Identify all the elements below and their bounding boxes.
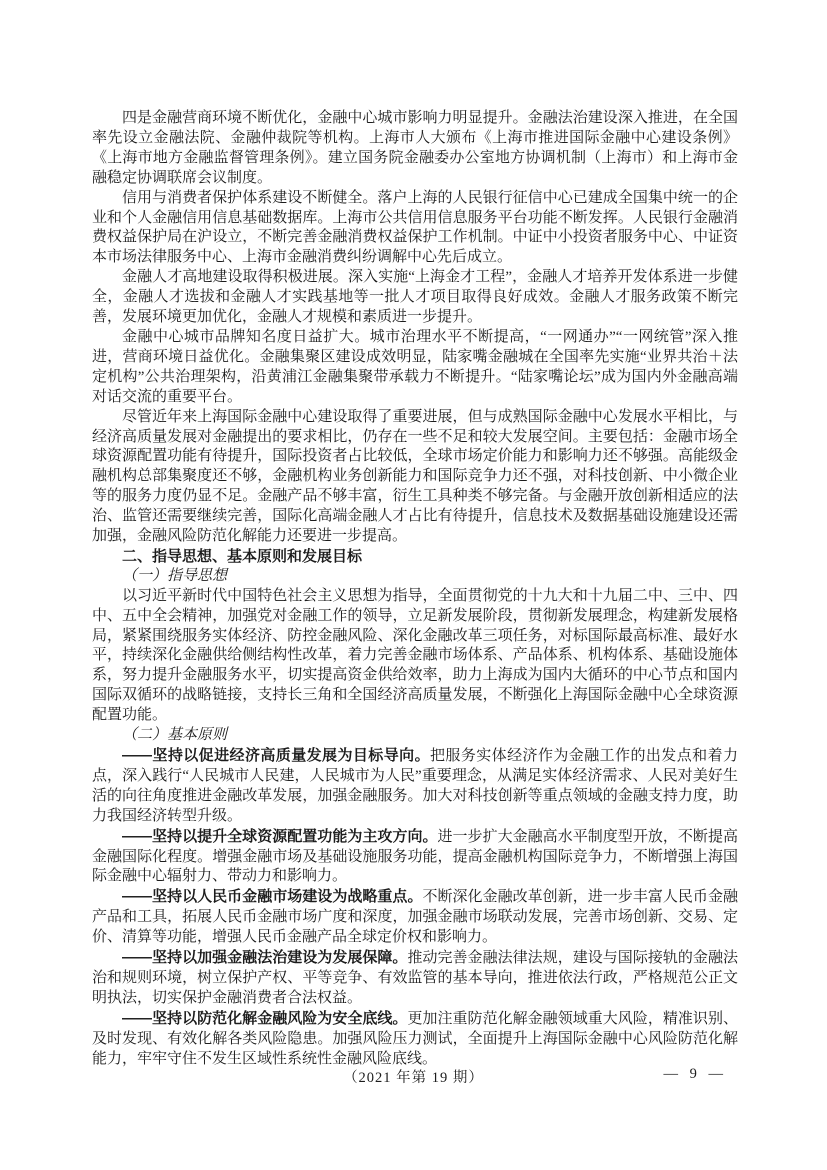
subheading-text: （二）基本原则 [122, 727, 227, 743]
subheading-guiding-ideology: （一）指导思想 [92, 567, 738, 587]
principle-lead: ——坚持以人民币金融市场建设为战略重点。 [122, 888, 422, 905]
section-heading: 二、指导思想、基本原则和发展目标 [92, 547, 738, 567]
heading-text: 二、指导思想、基本原则和发展目标 [122, 548, 362, 565]
body-paragraph: 信用与消费者保护体系建设不断健全。落户上海的人民银行征信中心已建成全国集中统一的… [92, 189, 738, 269]
document-body: 四是金融营商环境不断优化，金融中心城市影响力明显提升。金融法治建设深入推进，在全… [92, 109, 738, 1070]
subheading-basic-principles: （二）基本原则 [92, 726, 738, 746]
subheading-text: （一）指导思想 [122, 568, 227, 584]
principle-lead: ——坚持以防范化解金融风险为安全底线。 [122, 1010, 407, 1027]
principle-paragraph: ——坚持以促进经济高质量发展为目标导向。把服务实体经济作为金融工作的出发点和着力… [92, 746, 738, 827]
principle-paragraph: ——坚持以提升全球资源配置功能为主攻方向。进一步扩大金融高水平制度型开放，不断提… [92, 827, 738, 888]
principle-lead: ——坚持以促进经济高质量发展为目标导向。 [122, 747, 430, 764]
paragraph-text: 金融人才高地建设取得积极进展。深入实施“上海金才工程”，金融人才培养开发体系进一… [92, 269, 738, 325]
footer-page-number: — 9 — [664, 1066, 724, 1083]
paragraph-text: 信用与消费者保护体系建设不断健全。落户上海的人民银行征信中心已建成全国集中统一的… [92, 190, 738, 266]
principle-lead: ——坚持以提升全球资源配置功能为主攻方向。 [122, 828, 438, 845]
principle-paragraph: ——坚持以防范化解金融风险为安全底线。更加注重防范化解金融领域重大风险，精准识别… [92, 1009, 738, 1070]
paragraph-text: 以习近平新时代中国特色社会主义思想为指导，全面贯彻党的十九大和十九届二中、三中、… [92, 588, 738, 723]
paragraph-text: 金融中心城市品牌知名度日益扩大。城市治理水平不断提高，“一网通办”“一网统管”深… [92, 329, 738, 405]
principle-paragraph: ——坚持以加强金融法治建设为发展保障。推动完善金融法律法规，建设与国际接轨的金融… [92, 948, 738, 1009]
principle-paragraph: ——坚持以人民币金融市场建设为战略重点。不断深化金融改革创新，进一步丰富人民币金… [92, 887, 738, 948]
body-paragraph: 以习近平新时代中国特色社会主义思想为指导，全面贯彻党的十九大和十九届二中、三中、… [92, 587, 738, 726]
body-paragraph: 金融中心城市品牌知名度日益扩大。城市治理水平不断提高，“一网通办”“一网统管”深… [92, 328, 738, 408]
body-paragraph: 尽管近年来上海国际金融中心建设取得了重要进展，但与成熟国际金融中心发展水平相比，… [92, 408, 738, 547]
body-paragraph: 四是金融营商环境不断优化，金融中心城市影响力明显提升。金融法治建设深入推进，在全… [92, 109, 738, 189]
document-page: 四是金融营商环境不断优化，金融中心城市影响力明显提升。金融法治建设深入推进，在全… [0, 0, 827, 1170]
paragraph-text: 尽管近年来上海国际金融中心建设取得了重要进展，但与成熟国际金融中心发展水平相比，… [92, 409, 738, 544]
principle-lead: ——坚持以加强金融法治建设为发展保障。 [122, 949, 407, 966]
body-paragraph: 金融人才高地建设取得积极进展。深入实施“上海金才工程”，金融人才培养开发体系进一… [92, 268, 738, 328]
paragraph-text: 四是金融营商环境不断优化，金融中心城市影响力明显提升。金融法治建设深入推进，在全… [92, 110, 738, 186]
